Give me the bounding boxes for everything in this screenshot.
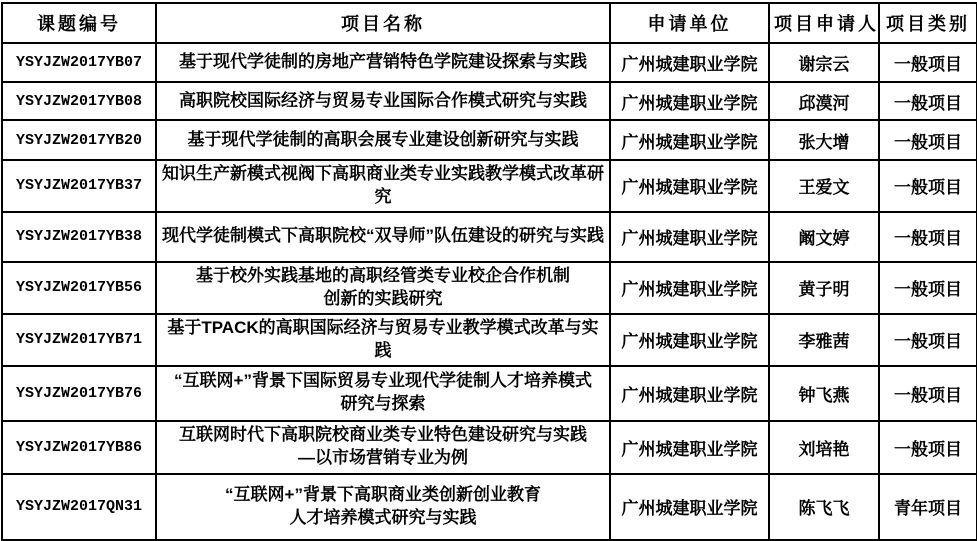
unit-cell: 广州城建职业学院 [610,421,769,474]
category-cell: 青年项目 [879,474,977,540]
project-id-cell: YSYJZW2017YB20 [2,120,156,160]
category-cell: 一般项目 [879,262,977,314]
project-name-cell: “互联网+”背景下高职商业类创新创业教育 人才培养模式研究与实践 [156,474,610,540]
table-row: YSYJZW2017YB07 基于现代学徒制的房地产营销特色学院建设探索与实践 … [2,43,977,82]
category-cell: 一般项目 [879,82,977,120]
project-name-cell: “互联网+”背景下国际贸易专业现代学徒制人才培养模式 研究与探索 [156,366,610,421]
applicant-cell: 阚文婷 [769,212,879,262]
header-project-name: 项目名称 [156,3,610,43]
unit-cell: 广州城建职业学院 [610,262,769,314]
project-name-cell: 基于现代学徒制的房地产营销特色学院建设探索与实践 [156,43,610,82]
category-cell: 一般项目 [879,160,977,212]
applicant-cell: 陈飞飞 [769,474,879,540]
applicant-cell: 邱漠河 [769,82,879,120]
project-id-cell: YSYJZW2017YB56 [2,262,156,314]
table-row: YSYJZW2017YB56 基于校外实践基地的高职经管类专业校企合作机制 创新… [2,262,977,314]
header-applicant: 项目申请人 [769,3,879,43]
applicant-cell: 张大增 [769,120,879,160]
project-name-cell: 互联网时代下高职院校商业类专业特色建设研究与实践 —以市场营销专业为例 [156,421,610,474]
unit-cell: 广州城建职业学院 [610,314,769,366]
table-row: YSYJZW2017YB86 互联网时代下高职院校商业类专业特色建设研究与实践 … [2,421,977,474]
applicant-cell: 王爱文 [769,160,879,212]
applicant-cell: 刘培艳 [769,421,879,474]
category-cell: 一般项目 [879,314,977,366]
category-cell: 一般项目 [879,212,977,262]
project-name-cell: 基于校外实践基地的高职经管类专业校企合作机制 创新的实践研究 [156,262,610,314]
header-category: 项目类别 [879,3,977,43]
table-row: YSYJZW2017YB37 知识生产新模式视阀下高职商业类专业实践教学模式改革… [2,160,977,212]
project-name-cell: 基于现代学徒制的高职会展专业建设创新研究与实践 [156,120,610,160]
unit-cell: 广州城建职业学院 [610,366,769,421]
table-row: YSYJZW2017QN31 “互联网+”背景下高职商业类创新创业教育 人才培养… [2,474,977,540]
unit-cell: 广州城建职业学院 [610,212,769,262]
table-row: YSYJZW2017YB71 基于TPACK的高职国际经济与贸易专业教学模式改革… [2,314,977,366]
project-name-cell: 基于TPACK的高职国际经济与贸易专业教学模式改革与实践 [156,314,610,366]
project-id-cell: YSYJZW2017YB71 [2,314,156,366]
applicant-cell: 钟飞燕 [769,366,879,421]
unit-cell: 广州城建职业学院 [610,82,769,120]
table-row: YSYJZW2017YB38 现代学徒制模式下高职院校“双导师”队伍建设的研究与… [2,212,977,262]
unit-cell: 广州城建职业学院 [610,160,769,212]
project-name-cell: 高职院校国际经济与贸易专业国际合作模式研究与实践 [156,82,610,120]
project-name-cell: 现代学徒制模式下高职院校“双导师”队伍建设的研究与实践 [156,212,610,262]
project-id-cell: YSYJZW2017YB07 [2,43,156,82]
unit-cell: 广州城建职业学院 [610,474,769,540]
project-id-cell: YSYJZW2017QN31 [2,474,156,540]
project-list-table: 课题编号 项目名称 申请单位 项目申请人 项目类别 YSYJZW2017YB07… [1,2,977,541]
project-id-cell: YSYJZW2017YB08 [2,82,156,120]
header-row: 课题编号 项目名称 申请单位 项目申请人 项目类别 [2,3,977,43]
project-id-cell: YSYJZW2017YB37 [2,160,156,212]
header-project-id: 课题编号 [2,3,156,43]
category-cell: 一般项目 [879,43,977,82]
applicant-cell: 黄子明 [769,262,879,314]
project-id-cell: YSYJZW2017YB86 [2,421,156,474]
table-row: YSYJZW2017YB76 “互联网+”背景下国际贸易专业现代学徒制人才培养模… [2,366,977,421]
unit-cell: 广州城建职业学院 [610,43,769,82]
applicant-cell: 谢宗云 [769,43,879,82]
table-row: YSYJZW2017YB08 高职院校国际经济与贸易专业国际合作模式研究与实践 … [2,82,977,120]
page: 课题编号 项目名称 申请单位 项目申请人 项目类别 YSYJZW2017YB07… [0,0,977,528]
category-cell: 一般项目 [879,421,977,474]
unit-cell: 广州城建职业学院 [610,120,769,160]
project-id-cell: YSYJZW2017YB76 [2,366,156,421]
project-id-cell: YSYJZW2017YB38 [2,212,156,262]
header-applicant-unit: 申请单位 [610,3,769,43]
applicant-cell: 李雅茜 [769,314,879,366]
category-cell: 一般项目 [879,120,977,160]
table-row: YSYJZW2017YB20 基于现代学徒制的高职会展专业建设创新研究与实践 广… [2,120,977,160]
category-cell: 一般项目 [879,366,977,421]
project-name-cell: 知识生产新模式视阀下高职商业类专业实践教学模式改革研究 [156,160,610,212]
